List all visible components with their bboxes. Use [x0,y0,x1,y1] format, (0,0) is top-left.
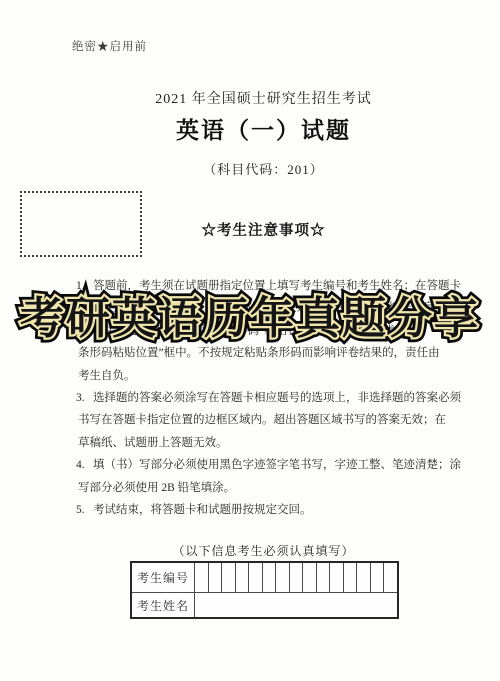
exam-paper-page: 绝密★启用前 2021 年全国硕士研究生招生考试 英语（一）试题 （科目代码：2… [0,0,500,681]
digit-cell [303,563,317,592]
line-number: 3. [76,387,93,409]
notice-line: 考生自负。 [76,365,456,387]
line-text: 考生自负。 [78,370,136,382]
notice-line: 草稿纸、试题册上答题无效。 [76,432,456,454]
line-number: 4. [76,454,93,476]
notice-line: 3.选择题的答案必须涂写在答题卡相应题号的选项上，非选择题的答案必须 [76,387,456,409]
digit-cell [209,563,223,592]
fill-note: （以下信息考生必须认真填写） [30,542,497,559]
line-text: 考试结束，将答题卡和试题册按规定交回。 [93,504,312,516]
digit-cell [195,563,209,592]
digit-cell [371,563,385,592]
line-text: 填（书）写部分必须使用黑色字迹签字笔书写，字迹工整、笔迹清楚；涂 [93,459,461,471]
line-text: 写部分必须使用 2B 铅笔填涂。 [78,482,235,494]
watermark-text: 考研英语历年真题分享 [0,289,500,349]
digit-cell [276,563,290,592]
paper-title: 英语（一）试题 [30,112,497,145]
notice-line: 写部分必须使用 2B 铅笔填涂。 [76,477,456,499]
candidate-name-row: 考生姓名 [132,593,397,617]
notice-line: 4.填（书）写部分必须使用黑色字迹签字笔书写，字迹工整、笔迹清楚；涂 [76,454,456,476]
watermark-overlay: 考研英语历年真题分享 考研英语历年真题分享 考研英语历年真题分享 [0,289,500,351]
digit-cell [384,563,397,592]
digit-cell [290,563,304,592]
classification-label: 绝密★启用前 [72,38,147,54]
digit-cell [357,563,371,592]
line-text: 书写在答题卡指定位置的边框区域内。超出答题区域书写的答案无效；在 [78,414,446,426]
candidate-number-cells [195,563,397,592]
digit-cell [344,563,358,592]
line-text: 草稿纸、试题册上答题无效。 [78,437,228,449]
digit-cell [222,563,236,592]
exam-title: 2021 年全国硕士研究生招生考试 [30,88,497,108]
candidate-number-label: 考生编号 [132,563,195,592]
line-text: 选择题的答案必须涂写在答题卡相应题号的选项上，非选择题的答案必须 [93,392,461,404]
candidate-info-table: 考生编号 考生姓名 [130,561,399,619]
notice-line: 5.考试结束，将答题卡和试题册按规定交回。 [76,499,456,521]
digit-cell [249,563,263,592]
digit-cell [330,563,344,592]
digit-cell [263,563,277,592]
notice-line: 书写在答题卡指定位置的边框区域内。超出答题区域书写的答案无效；在 [76,409,456,431]
digit-cell [317,563,331,592]
subject-code-label: （科目代码：201） [30,159,497,178]
candidate-name-label: 考生姓名 [132,593,195,617]
line-number: 5. [76,499,93,521]
candidate-number-row: 考生编号 [132,563,397,593]
candidate-name-field [195,593,397,617]
digit-cell [236,563,250,592]
notice-heading: ☆考生注意事项☆ [30,219,497,240]
